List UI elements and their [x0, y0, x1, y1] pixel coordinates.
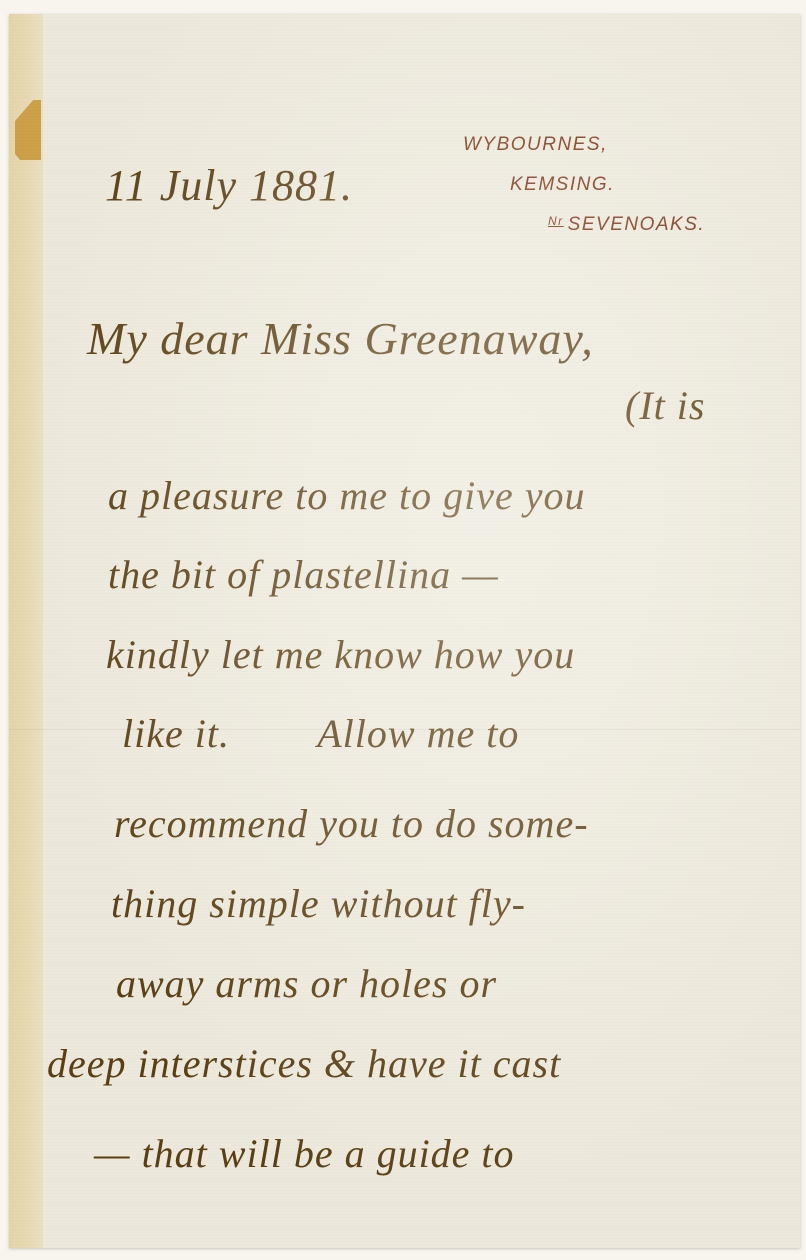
- letter-line-9: deep interstices & have it cast: [47, 1044, 561, 1084]
- letter-date: 11 July 1881.: [105, 164, 353, 208]
- letter-page: WYBOURNES, KEMSING. NrSEVENOAKS. 11 July…: [9, 14, 800, 1248]
- letterhead-line-1: WYBOURNES,: [463, 135, 608, 154]
- letterhead-town: SEVENOAKS.: [568, 214, 706, 235]
- letter-line-2: a pleasure to me to give you: [108, 476, 586, 516]
- letter-salutation: My dear Miss Greenaway,: [87, 316, 594, 362]
- letter-line-4: kindly let me know how you: [106, 635, 575, 675]
- letter-line-7: thing simple without fly-: [111, 884, 526, 924]
- letter-line-5: like it. Allow me to: [122, 714, 519, 754]
- letterhead-line-2: KEMSING.: [510, 175, 615, 194]
- letterhead-line-3: NrSEVENOAKS.: [548, 215, 705, 234]
- letter-line-1: (It is: [625, 386, 705, 426]
- letter-line-8: away arms or holes or: [116, 964, 497, 1004]
- letter-line-3: the bit of plastellina —: [108, 555, 499, 595]
- letter-line-10: — that will be a guide to: [94, 1134, 515, 1174]
- letterhead-near-abbrev: Nr: [548, 214, 564, 228]
- tape-strip: [9, 14, 43, 1248]
- letter-line-6: recommend you to do some-: [114, 804, 589, 844]
